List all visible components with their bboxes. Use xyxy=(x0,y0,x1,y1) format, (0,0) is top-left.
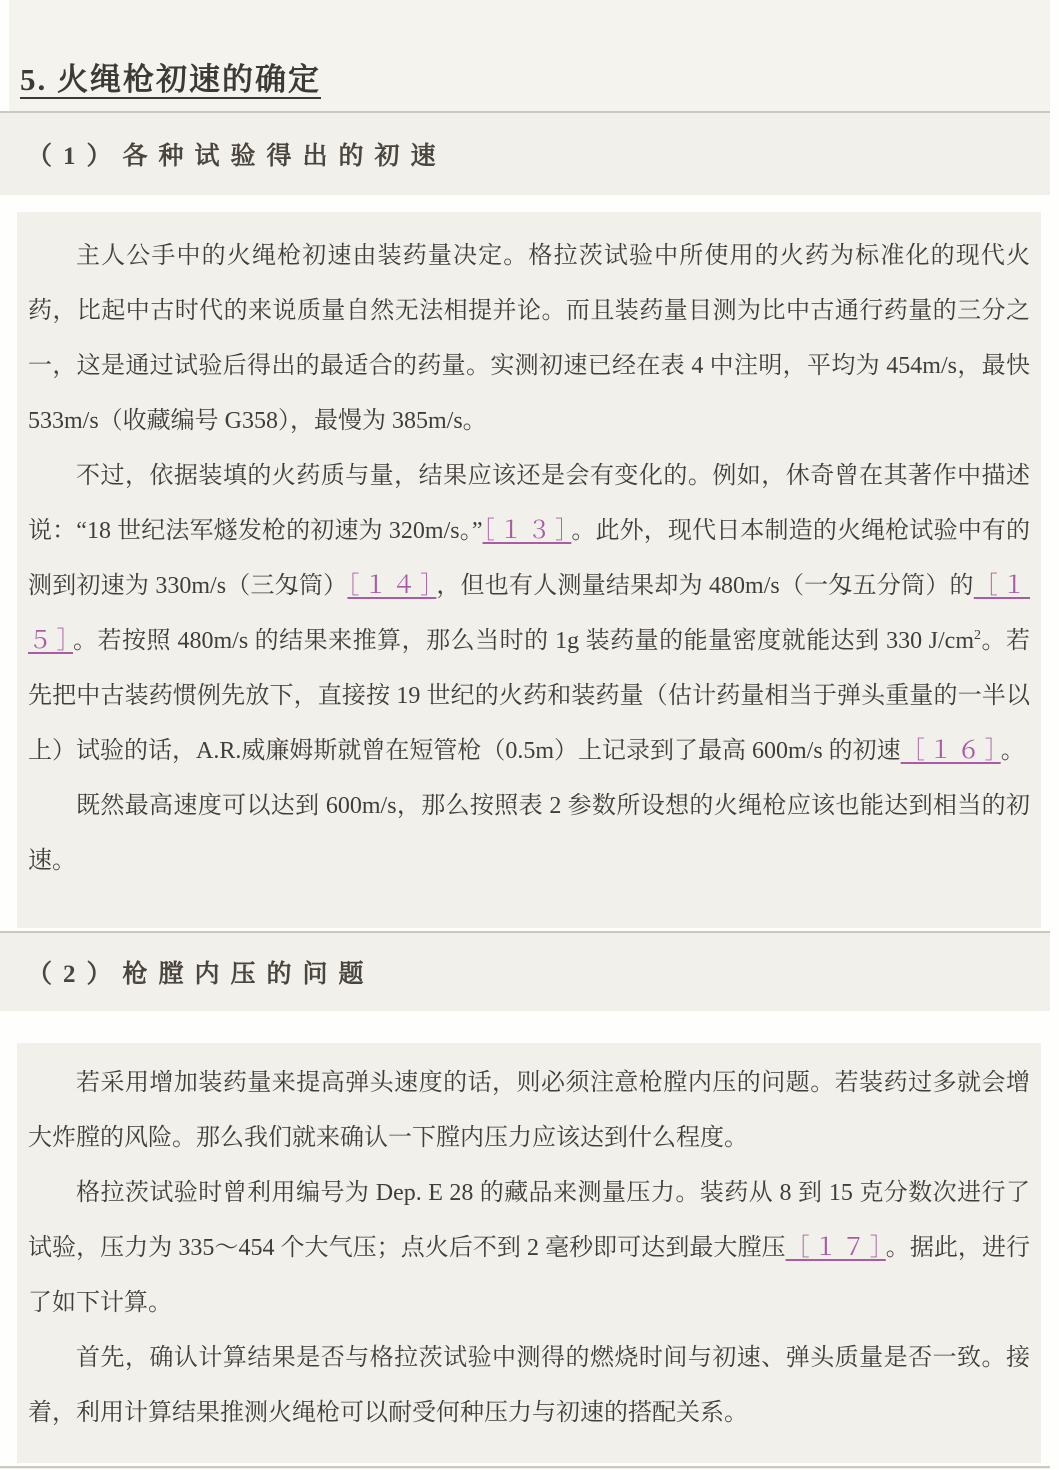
paragraph: 首先，确认计算结果是否与格拉茨试验中测得的燃烧时间与初速、弹头质量是否一致。接着… xyxy=(28,1331,1030,1441)
article-page: 5. 火绳枪初速的确定 （1）各种试验得出的初速 主人公手中的火绳枪初速由装药量… xyxy=(0,0,1059,1469)
section-chamber-pressure: （2）枪膛内压的问题 若采用增加装药量来提高弹头速度的话，则必须注意枪膛内压的问… xyxy=(0,931,1059,1463)
reference-link[interactable]: ［１３］ xyxy=(483,518,572,544)
reference-link[interactable]: ［１４］ xyxy=(347,573,436,599)
section-2-content: 若采用增加装药量来提高弹头速度的话，则必须注意枪膛内压的问题。若装药过多就会增大… xyxy=(17,1043,1041,1463)
page-title: 5. 火绳枪初速的确定 xyxy=(20,54,321,99)
title-area: 5. 火绳枪初速的确定 xyxy=(9,0,1050,111)
reference-link[interactable]: ［１５］ xyxy=(28,573,1030,654)
paragraph: 主人公手中的火绳枪初速由装药量决定。格拉茨试验中所使用的火药为标准化的现代火药，… xyxy=(28,229,1030,449)
section-1-heading: （1）各种试验得出的初速 xyxy=(27,136,447,172)
paragraph: 格拉茨试验时曾利用编号为 Dep. E 28 的藏品来测量压力。装药从 8 到 … xyxy=(28,1166,1030,1331)
superscript: 2 xyxy=(974,628,981,643)
paragraph: 若采用增加装药量来提高弹头速度的话，则必须注意枪膛内压的问题。若装药过多就会增大… xyxy=(28,1056,1030,1166)
section-1-heading-bar: （1）各种试验得出的初速 xyxy=(0,111,1050,195)
reference-link[interactable]: ［１６］ xyxy=(901,738,1001,764)
section-1-content: 主人公手中的火绳枪初速由装药量决定。格拉茨试验中所使用的火药为标准化的现代火药，… xyxy=(17,212,1041,928)
paragraph: 不过，依据装填的火药质与量，结果应该还是会有变化的。例如，休奇曾在其著作中描述说… xyxy=(28,449,1030,779)
reference-link[interactable]: ［１７］ xyxy=(786,1235,886,1261)
section-initial-velocity: （1）各种试验得出的初速 主人公手中的火绳枪初速由装药量决定。格拉茨试验中所使用… xyxy=(0,111,1059,928)
section-2-heading: （2）枪膛内压的问题 xyxy=(27,954,375,990)
next-block-edge xyxy=(0,1466,1050,1469)
paragraph: 既然最高速度可以达到 600m/s，那么按照表 2 参数所设想的火绳枪应该也能达… xyxy=(28,779,1030,889)
section-2-heading-bar: （2）枪膛内压的问题 xyxy=(0,931,1050,1011)
